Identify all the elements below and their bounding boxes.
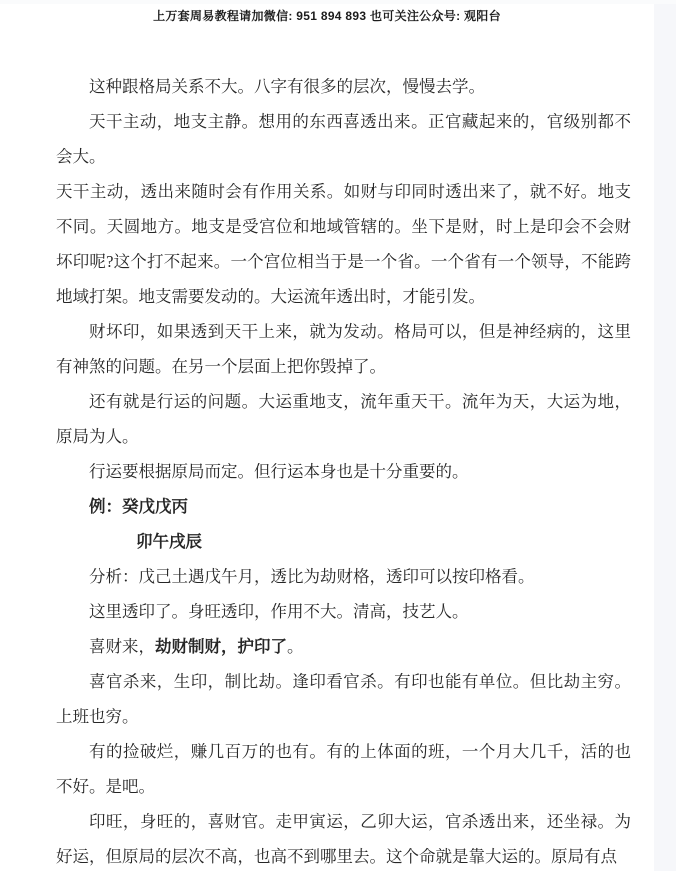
header-note: 上万套周易教程请加微信: 951 894 893 也可关注公众号: 观阳台 xyxy=(0,7,654,24)
text-run: 行运要根据原局而定。但行运本身也是十分重要的。 xyxy=(89,462,469,481)
paragraph: 天干主动，地支主静。想用的东西喜透出来。正官藏起来的，官级别都不会大。 xyxy=(56,104,631,174)
document-viewer: 上万套周易教程请加微信: 951 894 893 也可关注公众号: 观阳台 这种… xyxy=(0,0,676,871)
paragraph: 行运要根据原局而定。但行运本身也是十分重要的。 xyxy=(56,454,631,489)
paragraph: 天干主动，透出来随时会有作用关系。如财与印同时透出来了，就不好。地支不同。天圆地… xyxy=(56,174,631,314)
text-run: 这里透印了。身旺透印，作用不大。清高，技艺人。 xyxy=(89,602,469,621)
bold-text-run: 劫财制财，护印了 xyxy=(155,637,287,656)
paragraph: 还有就是行运的问题。大运重地支，流年重天干。流年为天，大运为地，原局为人。 xyxy=(56,384,631,454)
paragraph: 这里透印了。身旺透印，作用不大。清高，技艺人。 xyxy=(56,594,631,629)
text-run: 这种跟格局关系不大。八字有很多的层次，慢慢去学。 xyxy=(89,77,485,96)
text-run: 天干主动，地支主静。想用的东西喜透出来。正官藏起来的，官级别都不会大。 xyxy=(56,112,631,166)
text-run: 有的捡破烂，赚几百万的也有。有的上体面的班，一个月大几千，活的也不好。是吧。 xyxy=(56,742,631,796)
paragraph: 财坏印，如果透到天干上来，就为发动。格局可以，但是神经病的，这里有神煞的问题。在… xyxy=(56,314,631,384)
page-top-edge xyxy=(0,0,676,4)
bold-text-run: 卯午戌辰 xyxy=(136,532,202,551)
paragraph: 喜财来，劫财制财，护印了。 xyxy=(56,629,631,664)
text-run: 还有就是行运的问题。大运重地支，流年重天干。流年为天，大运为地，原局为人。 xyxy=(56,392,631,446)
paragraph: 喜官杀来，生印，制比劫。逢印看官杀。有印也能有单位。但比劫主穷。上班也穷。 xyxy=(56,664,631,734)
text-run: 印旺，身旺的，喜财官。走甲寅运，乙卯大运，官杀透出来，还坐禄。为好运，但原局的层… xyxy=(56,812,631,866)
bold-text-run: 例：癸戊戊丙 xyxy=(89,497,188,516)
text-run: 天干主动，透出来随时会有作用关系。如财与印同时透出来了，就不好。地支不同。天圆地… xyxy=(56,182,631,306)
paragraph: 印旺，身旺的，喜财官。走甲寅运，乙卯大运，官杀透出来，还坐禄。为好运，但原局的层… xyxy=(56,804,631,871)
paragraph: 例：癸戊戊丙 xyxy=(56,489,631,524)
viewer-gutter xyxy=(654,0,676,871)
text-run: 分析：戊己土遇戊午月，透比为劫财格，透印可以按印格看。 xyxy=(89,567,535,586)
text-run: 财坏印，如果透到天干上来，就为发动。格局可以，但是神经病的，这里有神煞的问题。在… xyxy=(56,322,631,376)
document-page: 上万套周易教程请加微信: 951 894 893 也可关注公众号: 观阳台 这种… xyxy=(0,0,654,871)
paragraph: 分析：戊己土遇戊午月，透比为劫财格，透印可以按印格看。 xyxy=(56,559,631,594)
text-run: 喜官杀来，生印，制比劫。逢印看官杀。有印也能有单位。但比劫主穷。上班也穷。 xyxy=(56,672,631,726)
text-run: 。 xyxy=(287,637,304,656)
paragraph: 有的捡破烂，赚几百万的也有。有的上体面的班，一个月大几千，活的也不好。是吧。 xyxy=(56,734,631,804)
paragraph: 卯午戌辰 xyxy=(56,524,631,559)
paragraph: 这种跟格局关系不大。八字有很多的层次，慢慢去学。 xyxy=(56,69,631,104)
text-run: 喜财来， xyxy=(89,637,155,656)
document-body: 这种跟格局关系不大。八字有很多的层次，慢慢去学。天干主动，地支主静。想用的东西喜… xyxy=(56,69,631,871)
